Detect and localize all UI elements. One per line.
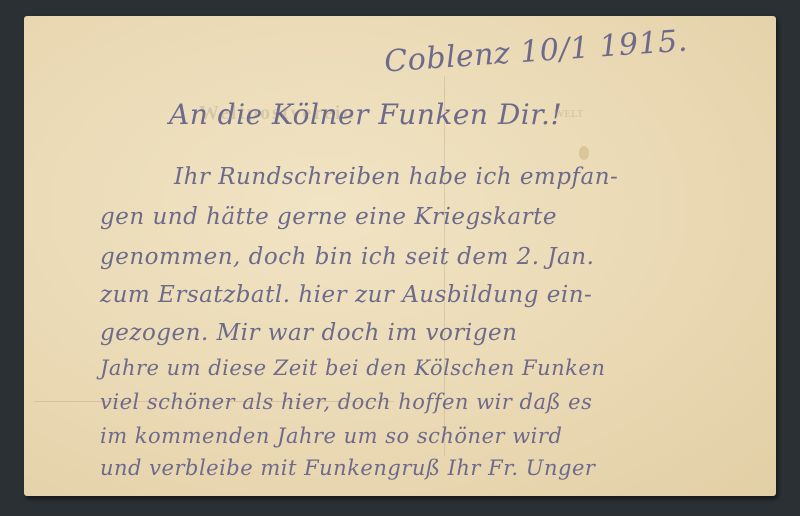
body-line-8: im kommenden Jahre um so schöner wird xyxy=(100,424,562,448)
place-date: Coblenz 10/1 1915. xyxy=(383,23,689,79)
body-line-4: zum Ersatzbatl. hier zur Ausbildung ein- xyxy=(100,282,592,308)
body-line-9-signature: und verbleibe mit Funkengruß Ihr Fr. Ung… xyxy=(100,456,595,480)
paper-stain xyxy=(579,146,589,160)
postcard: Weltpostverein WELT Coblenz 10/1 1915. A… xyxy=(24,16,776,496)
body-line-5: gezogen. Mir war doch im vorigen xyxy=(100,320,517,346)
body-line-3: genommen, doch bin ich seit dem 2. Jan. xyxy=(100,244,594,270)
salutation: An die Kölner Funken Dir.! xyxy=(169,98,562,131)
body-line-2: gen und hätte gerne eine Kriegskarte xyxy=(100,204,557,230)
body-line-6: Jahre um diese Zeit bei den Kölschen Fun… xyxy=(100,356,605,380)
body-line-7: viel schöner als hier, doch hoffen wir d… xyxy=(100,390,592,414)
body-line-1: Ihr Rundschreiben habe ich empfan- xyxy=(174,164,618,190)
